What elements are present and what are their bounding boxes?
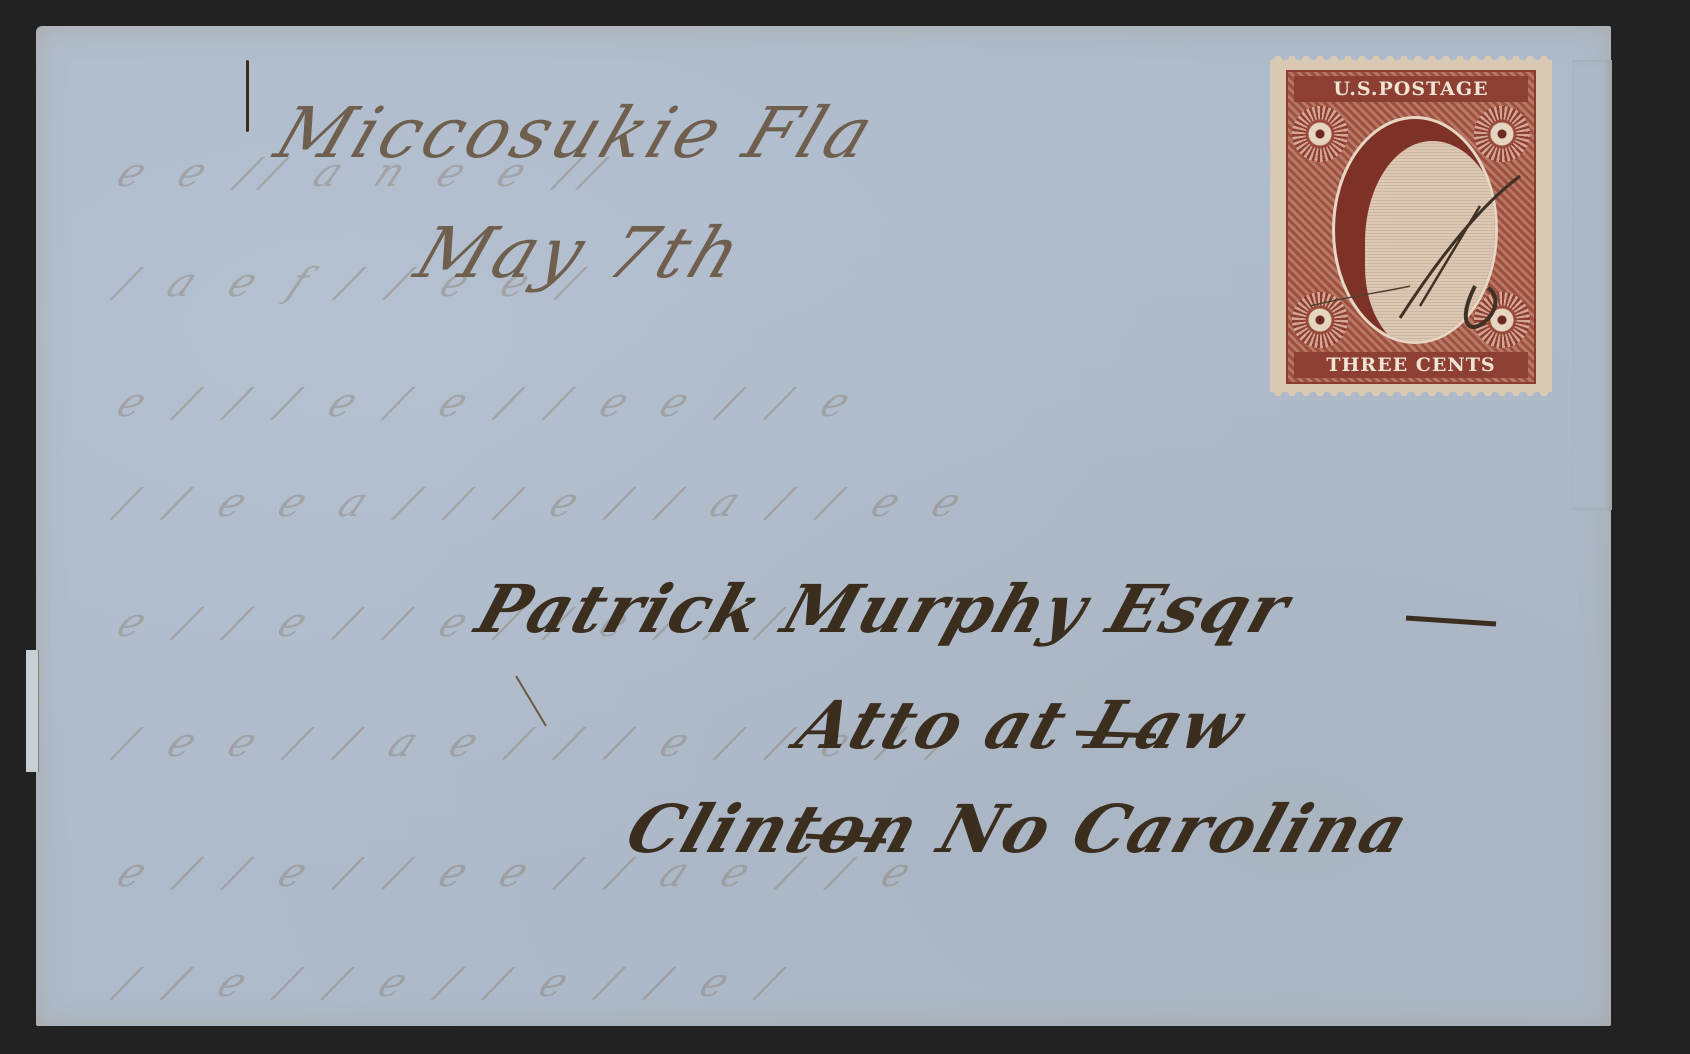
addressee-name: Patrick Murphy Esqr bbox=[467, 570, 1300, 648]
origin-place: Miccosukie Fla bbox=[265, 92, 888, 174]
pen-cancel-mark bbox=[1270, 56, 1552, 396]
addressee-location: Clinton No Carolina bbox=[617, 790, 1419, 868]
bleed-through-text: / / e / / e / / e / / e / bbox=[109, 960, 799, 1006]
bleed-through-text: / / e e a / / / e / / a / / e e bbox=[109, 480, 981, 526]
origin-date: May 7th bbox=[405, 212, 756, 294]
ink-tick-mark bbox=[246, 60, 249, 132]
postage-stamp: U.S.POSTAGE THREE CENTS bbox=[1270, 56, 1552, 396]
folded-edge-left bbox=[26, 650, 39, 772]
addressee-title: Atto at Law bbox=[787, 686, 1255, 764]
folded-edge-right bbox=[1572, 60, 1612, 510]
bleed-through-text: e / / / e / e / / e e / / e bbox=[109, 380, 870, 426]
